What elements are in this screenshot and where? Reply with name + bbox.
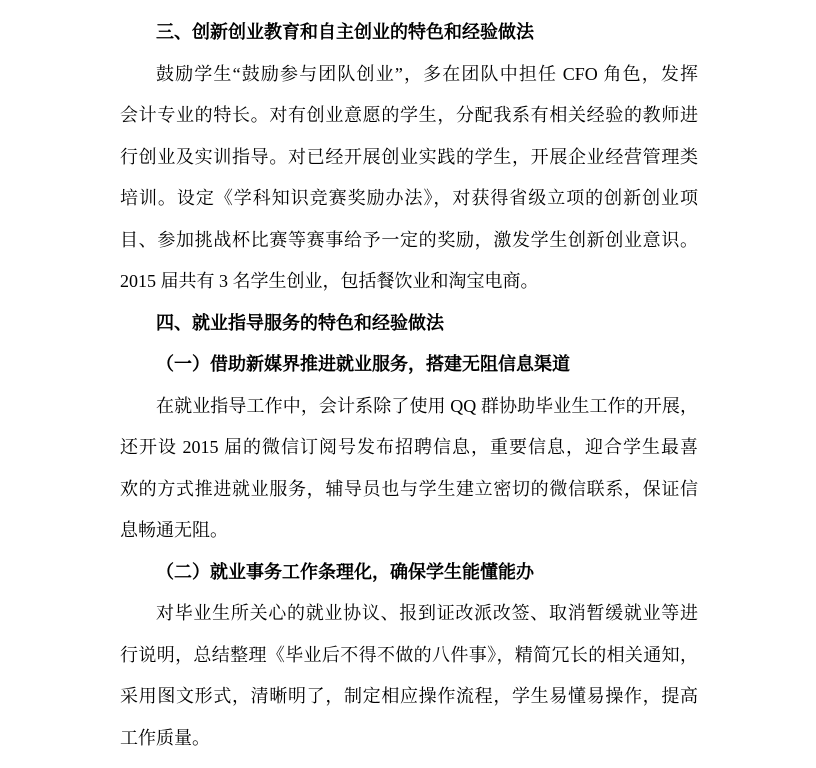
paragraph-line: 采用图文形式，清晰明了，制定相应操作流程，学生易懂易操作，提高 <box>120 676 698 718</box>
paragraph-line: 会计专业的特长。对有创业意愿的学生，分配我系有相关经验的教师进 <box>120 95 698 137</box>
heading-line: 四、就业指导服务的特色和经验做法 <box>120 303 698 345</box>
document-page: 三、创新创业教育和自主创业的特色和经验做法鼓励学生“鼓励参与团队创业”，多在团队… <box>0 0 816 768</box>
paragraph-line: 对毕业生所关心的就业协议、报到证改派改签、取消暂缓就业等进 <box>120 593 698 635</box>
paragraph-line: 行创业及实训指导。对已经开展创业实践的学生，开展企业经营管理类 <box>120 137 698 179</box>
paragraph-line: 行说明，总结整理《毕业后不得不做的八件事》，精简冗长的相关通知， <box>120 635 698 677</box>
heading-line: 三、创新创业教育和自主创业的特色和经验做法 <box>120 12 698 54</box>
paragraph-line: 鼓励学生“鼓励参与团队创业”，多在团队中担任 CFO 角色，发挥 <box>120 54 698 96</box>
paragraph-line: 在就业指导工作中，会计系除了使用 QQ 群协助毕业生工作的开展， <box>120 386 698 428</box>
heading-line: （二）就业事务工作条理化，确保学生能懂能办 <box>120 552 698 594</box>
paragraph-line: 还开设 2015 届的微信订阅号发布招聘信息，重要信息，迎合学生最喜 <box>120 427 698 469</box>
paragraph-line: 欢的方式推进就业服务，辅导员也与学生建立密切的微信联系，保证信 <box>120 469 698 511</box>
paragraph-line: 培训。设定《学科知识竞赛奖励办法》，对获得省级立项的创新创业项 <box>120 178 698 220</box>
paragraph-line: 2015 届共有 3 名学生创业，包括餐饮业和淘宝电商。 <box>120 261 698 303</box>
paragraph-line: 工作质量。 <box>120 718 698 760</box>
paragraph-line: 目、参加挑战杯比赛等赛事给予一定的奖励，激发学生创新创业意识。 <box>120 220 698 262</box>
heading-line: （一）借助新媒界推进就业服务，搭建无阻信息渠道 <box>120 344 698 386</box>
document-body: 三、创新创业教育和自主创业的特色和经验做法鼓励学生“鼓励参与团队创业”，多在团队… <box>120 12 698 759</box>
paragraph-line: 息畅通无阻。 <box>120 510 698 552</box>
